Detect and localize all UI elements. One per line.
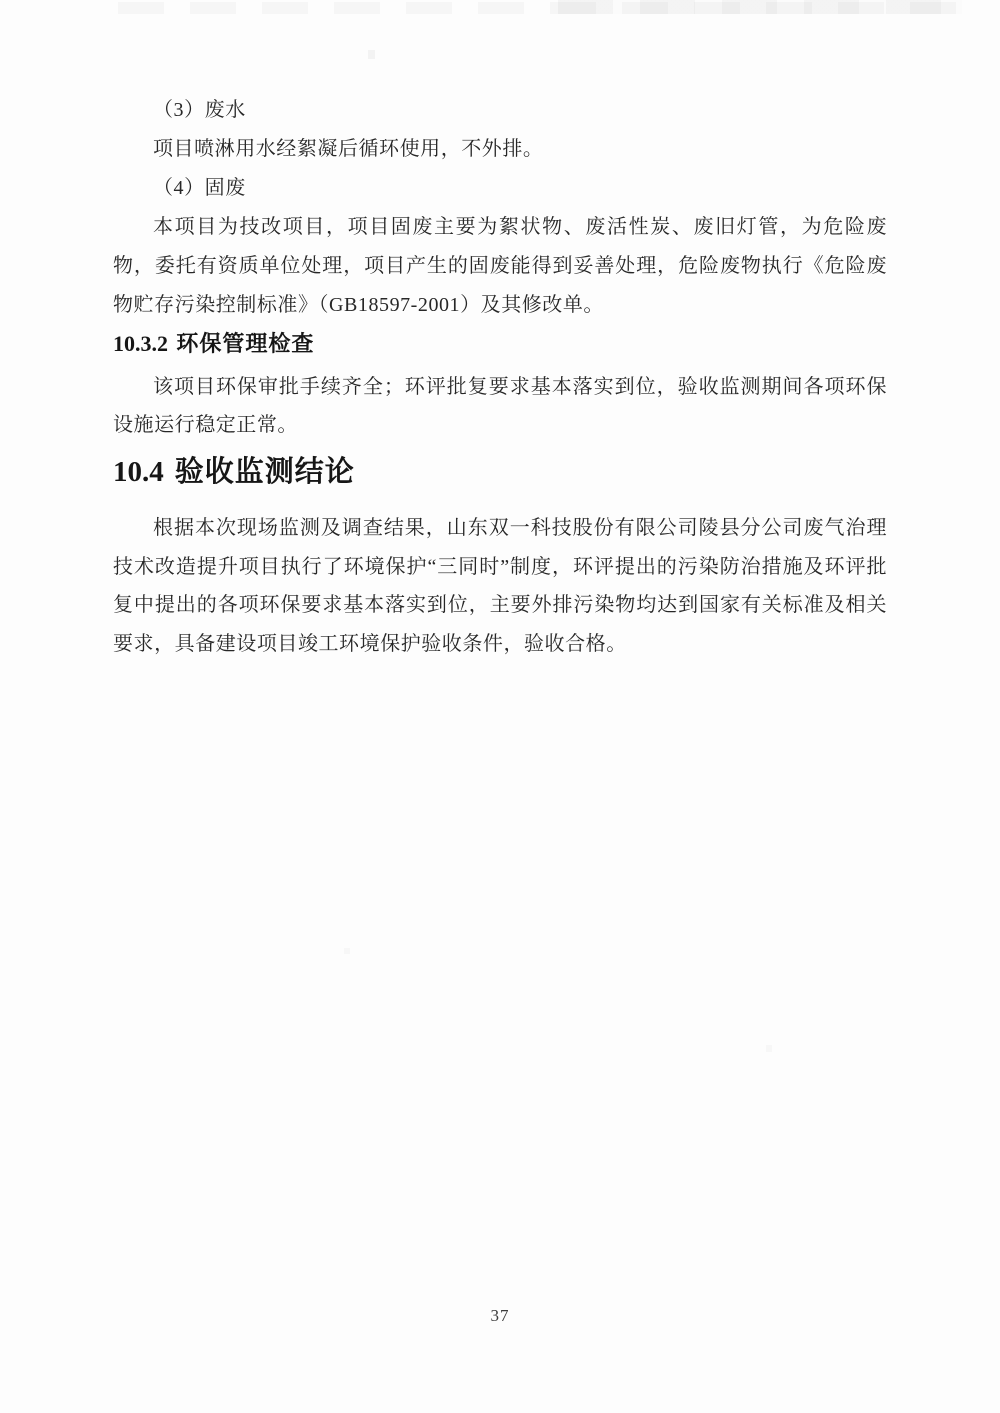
section-title: 验收监测结论 — [175, 456, 355, 488]
list-item-3-wastewater-label: （3）废水 — [113, 91, 887, 130]
scan-speck — [344, 948, 350, 954]
section-10-4-body-block: 根据本次现场监测及调查结果，山东双一科技股份有限公司陵县分公司废气治理技术改造提… — [113, 509, 887, 663]
list-item-3-wastewater-body: 项目喷淋用水经絮凝后循环使用，不外排。 — [113, 130, 887, 169]
top-text-block: （3）废水 项目喷淋用水经絮凝后循环使用，不外排。 （4）固废 本项目为技改项目… — [113, 91, 887, 325]
list-item-4-solid-waste-label: （4）固废 — [113, 169, 887, 208]
list-item-4-solid-waste-body: 本项目为技改项目，项目固废主要为絮状物、废活性炭、废旧灯管，为危险废物，委托有资… — [113, 208, 887, 325]
scan-speck — [766, 1045, 772, 1052]
section-10-3-2-paragraph: 该项目环保审批手续齐全；环评批复要求基本落实到位，验收监测期间各项环保设施运行稳… — [113, 368, 887, 444]
section-10-4-paragraph: 根据本次现场监测及调查结果，山东双一科技股份有限公司陵县分公司废气治理技术改造提… — [113, 509, 887, 663]
section-title: 环保管理检查 — [176, 331, 314, 356]
document-page: （3）废水 项目喷淋用水经絮凝后循环使用，不外排。 （4）固废 本项目为技改项目… — [0, 0, 1000, 1413]
section-heading-10-4: 10.4验收监测结论 — [113, 452, 355, 492]
page-number: 37 — [0, 1306, 1000, 1326]
section-10-3-2-body-block: 该项目环保审批手续齐全；环评批复要求基本落实到位，验收监测期间各项环保设施运行稳… — [113, 368, 887, 444]
scan-speck — [368, 50, 375, 59]
section-number: 10.3.2 — [113, 331, 168, 356]
section-number: 10.4 — [113, 456, 164, 488]
scan-noise-band — [558, 0, 962, 14]
section-heading-10-3-2: 10.3.2环保管理检查 — [113, 329, 314, 359]
